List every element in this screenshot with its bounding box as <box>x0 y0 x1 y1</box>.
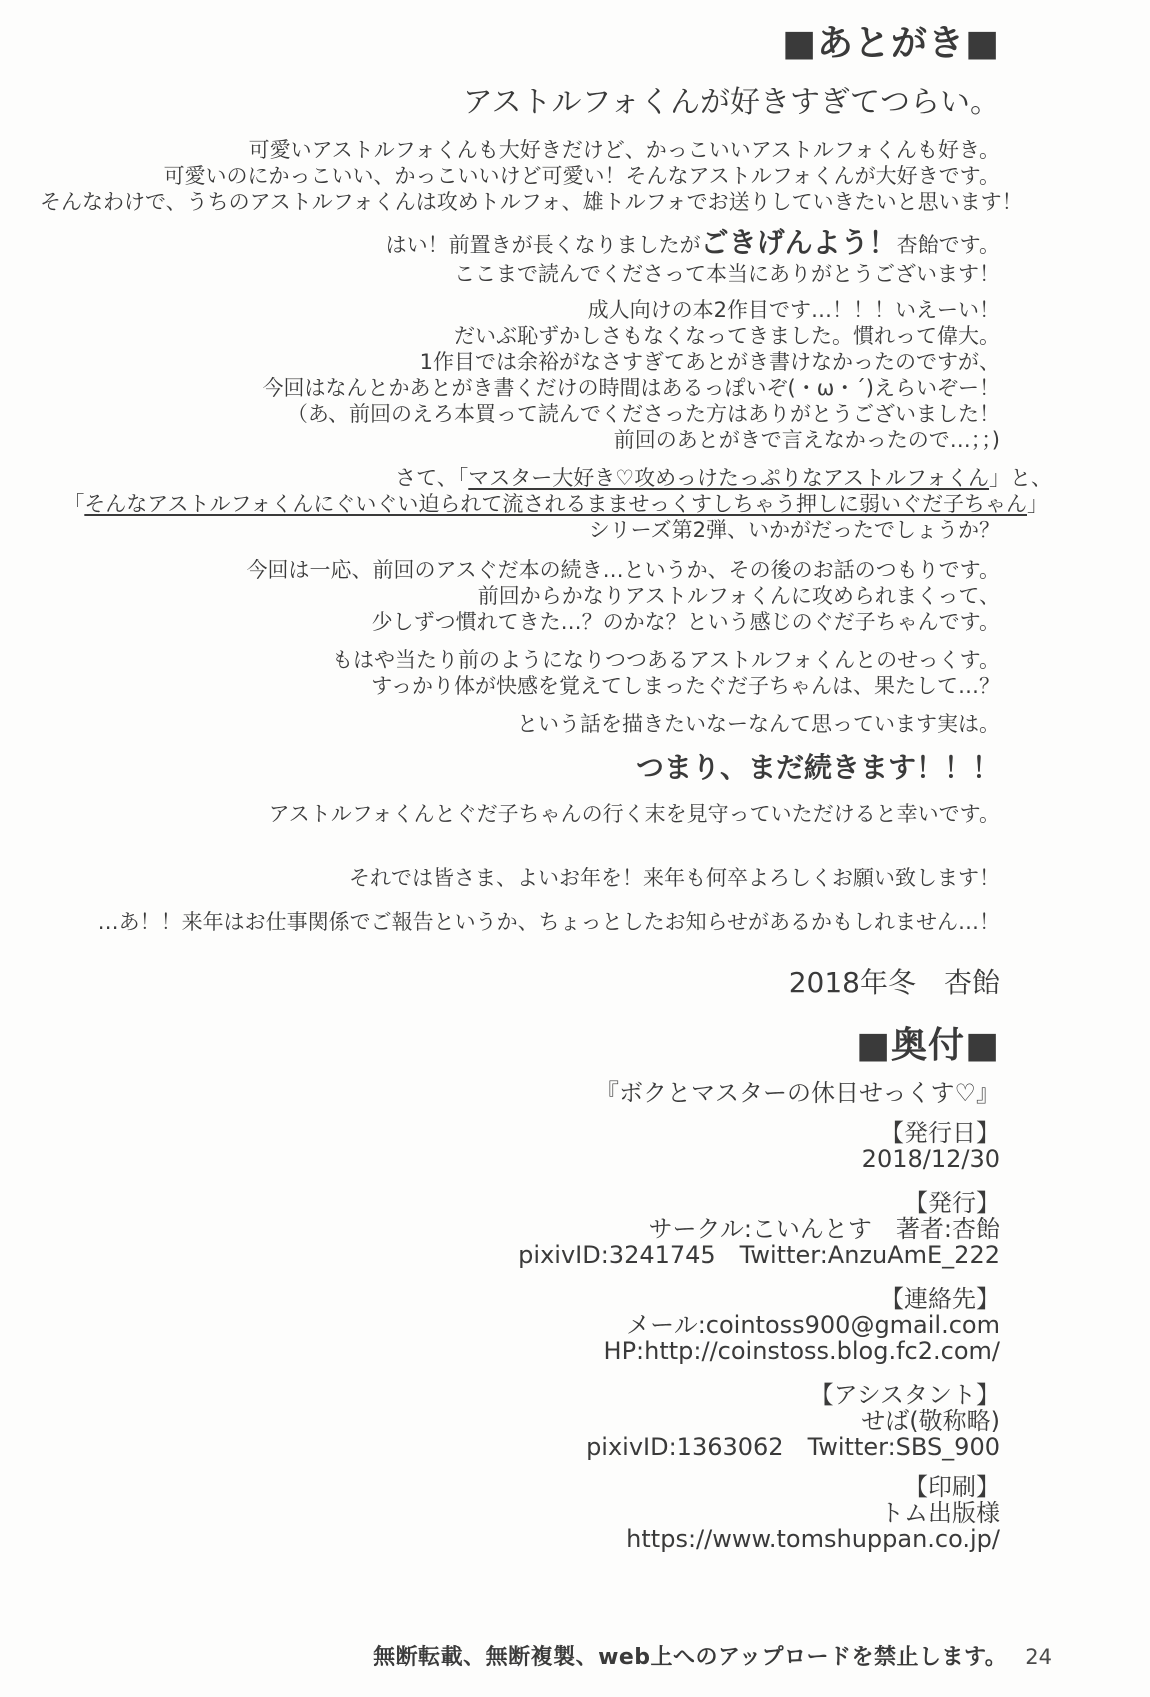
colophon-line: メール:cointoss900@gmail.com <box>40 1312 1000 1338</box>
paragraph-line: さて、「マスター大好き♡攻めっけたっぷりなアストルフォくん」と、 <box>40 465 1052 491</box>
colophon-section-publisher: 【発行】 サークル:こいんとす 著者:杏飴 pixivID:3241745 Tw… <box>40 1190 1000 1268</box>
colophon-label: 【アシスタント】 <box>40 1382 1000 1408</box>
colophon-line: pixivID:3241745 Twitter:AnzuAmE_222 <box>40 1242 1000 1268</box>
colophon-section-contact: 【連絡先】 メール:cointoss900@gmail.com HP:http:… <box>40 1286 1000 1364</box>
paragraph-outlook: もはや当たり前のようになりつつあるアストルフォくんとのせっくす。 すっかり体が快… <box>40 647 1000 699</box>
series-line2-pre: 「 <box>63 492 84 516</box>
afterword-title: アストルフォくんが好きすぎてつらい。 <box>40 83 1000 123</box>
paragraph-line: だいぶ恥ずかしさもなくなってきました。慣れって偉大。 <box>40 323 1000 349</box>
colophon-line: サークル:こいんとす 著者:杏飴 <box>40 1216 1000 1242</box>
paragraph-line: 前回のあとがきで言えなかったので…；；) <box>40 427 1000 453</box>
colophon-heading: ■奥付■ <box>40 1024 1000 1068</box>
series-line1-post: 」と、 <box>989 466 1052 490</box>
paragraph-line: シリーズ第2弾、いかがだったでしょうか？ <box>40 517 1000 543</box>
paragraph-watch-over: アストルフォくんとぐだ子ちゃんの行く末を見守っていただけると幸いです。 <box>40 801 1000 827</box>
page-footer: 無断転載、無断複製、web上へのアップロードを禁止します。24 <box>373 1640 1052 1671</box>
colophon-line: トム出版様 <box>40 1500 1000 1526</box>
paragraph-line: 今回はなんとかあとがき書くだけの時間はあるっぽいぞ(・ω・´)えらいぞー！ <box>40 375 1000 401</box>
paragraph-line: 可愛いアストルフォくんも大好きだけど、かっこいいアストルフォくんも好き。 <box>40 137 1000 163</box>
paragraph-line: 前回からかなりアストルフォくんに攻められまくって、 <box>40 583 1000 609</box>
greeting-emphasis: ごきげんよう！ <box>701 226 897 259</box>
paragraph-line: 1作目では余裕がなさすぎてあとがき書けなかったのですが、 <box>40 349 1000 375</box>
book-title: 『ボクとマスターの休日せっくす♡』 <box>40 1078 1000 1108</box>
author-signature: 2018年冬 杏飴 <box>40 964 1000 1002</box>
paragraph-line: 成人向けの本2作目です…！！！いえーい！ <box>40 297 1000 323</box>
paragraph-line: もはや当たり前のようになりつつあるアストルフォくんとのせっくす。 <box>40 647 1000 673</box>
greeting-post: 杏飴です。 <box>897 233 1000 257</box>
paragraph-line: 少しずつ慣れてきた…？のかな？という感じのぐだ子ちゃんです。 <box>40 609 1000 635</box>
colophon-line: HP:http://coinstoss.blog.fc2.com/ <box>40 1338 1000 1364</box>
page-content: ■あとがき■ アストルフォくんが好きすぎてつらい。 可愛いアストルフォくんも大好… <box>40 22 1000 1552</box>
page-number: 24 <box>1025 1645 1052 1669</box>
scanned-afterword-page: ■あとがき■ アストルフォくんが好きすぎてつらい。 可愛いアストルフォくんも大好… <box>0 0 1150 1697</box>
paragraph-greeting: はい！前置きが長くなりましたがごきげんよう！杏飴です。 ここまで読んでくださって… <box>40 227 1000 287</box>
colophon-line: https://www.tomshuppan.co.jp/ <box>40 1526 1000 1552</box>
colophon-section-publication-date: 【発行日】 2018/12/30 <box>40 1120 1000 1172</box>
colophon-line: 2018/12/30 <box>40 1146 1000 1172</box>
paragraph-series-titles: さて、「マスター大好き♡攻めっけたっぷりなアストルフォくん」と、 「そんなアスト… <box>40 465 1000 543</box>
paragraph-line: 「そんなアストルフォくんにぐいぐい迫られて流されるまませっくすしちゃう押しに弱い… <box>40 491 1048 517</box>
series-title-2: そんなアストルフォくんにぐいぐい迫られて流されるまませっくすしちゃう押しに弱いぐ… <box>84 492 1027 516</box>
paragraph-story-context: 今回は一応、前回のアスぐだ本の続き…というか、その後のお話のつもりです。 前回か… <box>40 557 1000 635</box>
paragraph-line: はい！前置きが長くなりましたがごきげんよう！杏飴です。 <box>40 227 1000 261</box>
colophon-line: せば(敬称略) <box>40 1408 1000 1434</box>
afterword-heading: ■あとがき■ <box>40 22 1000 66</box>
paragraph-continuation-announcement: つまり、まだ続きます！！！ <box>40 749 1000 787</box>
copyright-notice: 無断転載、無断複製、web上へのアップロードを禁止します。 <box>373 1645 1007 1670</box>
series-line2-post: 」 <box>1027 492 1048 516</box>
paragraph-second-book: 成人向けの本2作目です…！！！いえーい！ だいぶ恥ずかしさもなくなってきました。… <box>40 297 1000 453</box>
paragraph-line: すっかり体が快感を覚えてしまったぐだ子ちゃんは、果たして…？ <box>40 673 1000 699</box>
colophon-line: pixivID:1363062 Twitter:SBS_900 <box>40 1434 1000 1460</box>
paragraph-new-year: それでは皆さま、よいお年を！来年も何卒よろしくお願い致します！ <box>40 865 1000 891</box>
paragraph-wish: という話を描きたいなーなんて思っています実は。 <box>40 711 1000 737</box>
colophon-label: 【連絡先】 <box>40 1286 1000 1312</box>
paragraph-line: そんなわけで、うちのアストルフォくんは攻めトルフォ、雄トルフォでお送りしていきた… <box>40 189 1000 215</box>
colophon-section-assistant: 【アシスタント】 せば(敬称略) pixivID:1363062 Twitter… <box>40 1382 1000 1460</box>
colophon-label: 【印刷】 <box>40 1474 1000 1500</box>
paragraph-announcement-hint: …あ！！来年はお仕事関係でご報告というか、ちょっとしたお知らせがあるかもしれませ… <box>40 909 1000 935</box>
paragraph-intro: 可愛いアストルフォくんも大好きだけど、かっこいいアストルフォくんも好き。 可愛い… <box>40 137 1000 215</box>
colophon-section-printing: 【印刷】 トム出版様 https://www.tomshuppan.co.jp/ <box>40 1474 1000 1552</box>
paragraph-line: （あ、前回のえろ本買って読んでくださった方はありがとうございました！ <box>40 401 1000 427</box>
series-title-1: マスター大好き♡攻めっけたっぷりなアストルフォくん <box>468 466 989 490</box>
paragraph-line: 可愛いのにかっこいい、かっこいいけど可愛い！そんなアストルフォくんが大好きです。 <box>40 163 1000 189</box>
colophon-label: 【発行日】 <box>40 1120 1000 1146</box>
series-line1-pre: さて、「 <box>395 466 468 490</box>
colophon-label: 【発行】 <box>40 1190 1000 1216</box>
paragraph-line: ここまで読んでくださって本当にありがとうございます！ <box>40 261 1000 287</box>
paragraph-line: 今回は一応、前回のアスぐだ本の続き…というか、その後のお話のつもりです。 <box>40 557 1000 583</box>
greeting-pre: はい！前置きが長くなりましたが <box>386 233 701 257</box>
